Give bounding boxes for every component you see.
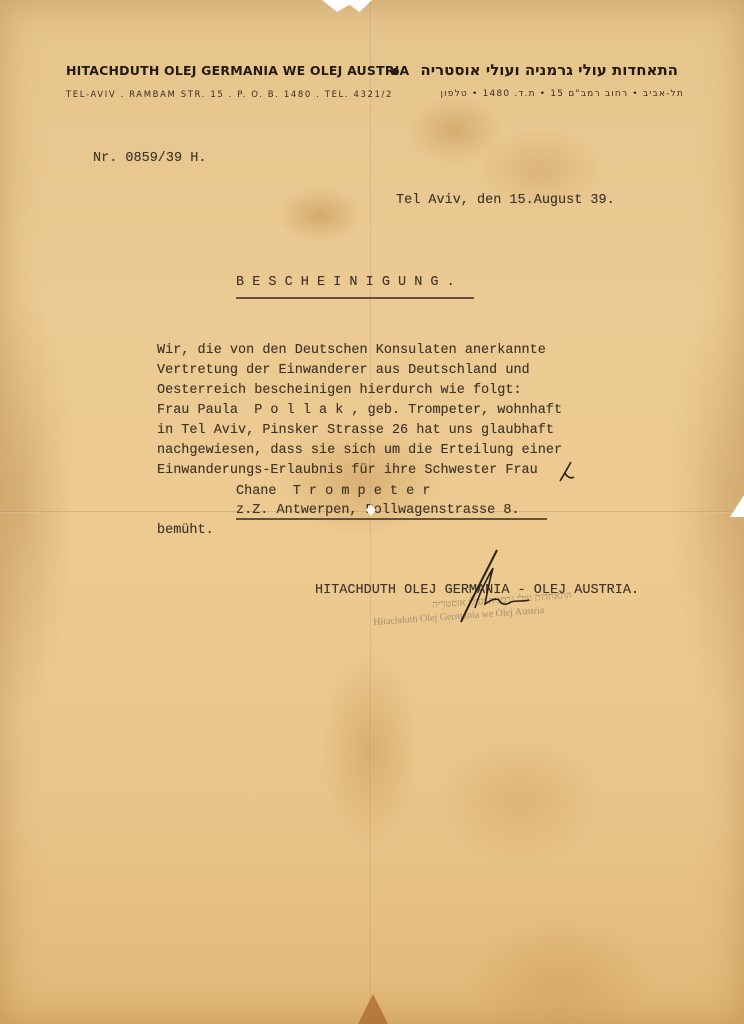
handwritten-correction-mark xyxy=(556,461,576,483)
beneficiary-address: z.Z. Antwerpen, Rollwagenstrasse 8. xyxy=(236,503,520,518)
letterhead-org-name-latin: HITACHDUTH OLEJ GERMANIA WE OLEJ AUSTRIA xyxy=(66,63,409,78)
body-line: nachgewiesen, dass sie sich um die Ertei… xyxy=(157,443,562,458)
document-page: HITACHDUTH OLEJ GERMANIA WE OLEJ AUSTRIA… xyxy=(0,0,744,1024)
body-line: Frau Paula P o l l a k , geb. Trompeter,… xyxy=(157,403,562,418)
letterhead-bullet-icon xyxy=(392,68,399,75)
closing-word: bemüht. xyxy=(157,523,214,538)
top-tear xyxy=(322,0,372,12)
letterhead-address-hebrew: תל-אביב • רחוב רמב"ם 15 • ת.ד. 1480 • טל… xyxy=(440,89,684,99)
document-title: B E S C H E I N I G U N G . xyxy=(236,275,455,290)
right-edge-tear xyxy=(730,495,744,517)
beneficiary-name: Chane T r o m p e t e r xyxy=(236,484,430,499)
letterhead-address-latin: TEL-AVIV . RAMBAM STR. 15 . P. O. B. 148… xyxy=(66,90,393,100)
bottom-stain-tear xyxy=(358,994,388,1024)
title-underline xyxy=(236,297,474,299)
body-line: Einwanderungs-Erlaubnis für ihre Schwest… xyxy=(157,463,538,478)
body-line: in Tel Aviv, Pinsker Strasse 26 hat uns … xyxy=(157,423,554,438)
handwritten-signature xyxy=(455,546,545,626)
body-line: Oesterreich bescheinigen hierdurch wie f… xyxy=(157,383,522,398)
body-line: Wir, die von den Deutschen Konsulaten an… xyxy=(157,343,546,358)
date-line: Tel Aviv, den 15.August 39. xyxy=(396,193,615,208)
reference-number: Nr. 0859/39 H. xyxy=(93,151,206,166)
address-underline xyxy=(236,518,547,520)
letterhead-org-name-hebrew: התאחדות עולי גרמניה ועולי אוסטריה xyxy=(420,61,678,79)
body-line: Vertretung der Einwanderer aus Deutschla… xyxy=(157,363,530,378)
